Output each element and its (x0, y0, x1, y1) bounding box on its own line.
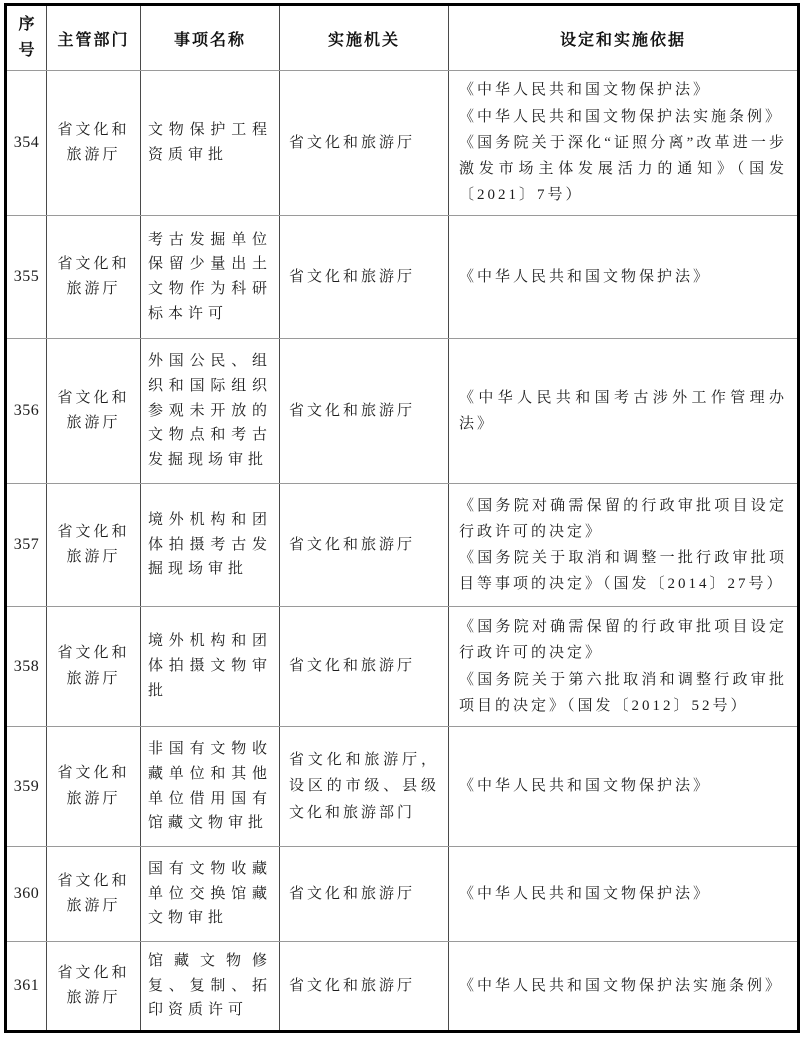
cell-department: 省文化和旅游厅 (47, 727, 141, 847)
cell-agency: 省文化和旅游厅 (280, 847, 449, 942)
column-header-basis: 设定和实施依据 (449, 5, 799, 71)
basis-paragraph: 《中华人民共和国考古涉外工作管理办法》 (459, 385, 787, 438)
table-row: 357 省文化和旅游厅 境外机构和团体拍摄考古发掘现场审批 省文化和旅游厅 《国… (6, 484, 799, 607)
basis-paragraph: 《中华人民共和国文物保护法实施条例》 (459, 973, 787, 999)
cell-basis: 《中华人民共和国文物保护法》 (449, 727, 799, 847)
cell-serial-number: 356 (6, 339, 47, 484)
cell-basis: 《中华人民共和国文物保护法》 (449, 216, 799, 339)
table-row: 359 省文化和旅游厅 非国有文物收藏单位和其他单位借用国有馆藏文物审批 省文化… (6, 727, 799, 847)
cell-agency: 省文化和旅游厅，设区的市级、县级文化和旅游部门 (280, 727, 449, 847)
cell-basis: 《中华人民共和国文物保护法》《中华人民共和国文物保护法实施条例》《国务院关于深化… (449, 71, 799, 216)
basis-paragraph: 《国务院对确需保留的行政审批项目设定行政许可的决定》 (459, 614, 787, 667)
column-header-department: 主管部门 (47, 5, 141, 71)
cell-department: 省文化和旅游厅 (47, 71, 141, 216)
basis-paragraph: 《中华人民共和国文物保护法》 (459, 77, 787, 103)
cell-agency: 省文化和旅游厅 (280, 339, 449, 484)
cell-basis: 《中华人民共和国文物保护法实施条例》 (449, 942, 799, 1032)
basis-paragraph: 《国务院关于深化“证照分离”改革进一步激发市场主体发展活力的通知》（国发〔202… (459, 130, 787, 209)
basis-paragraph: 《国务院对确需保留的行政审批项目设定行政许可的决定》 (459, 493, 787, 546)
cell-item-name: 外国公民、组织和国际组织参观未开放的文物点和考古发掘现场审批 (141, 339, 280, 484)
approval-items-table: 序号 主管部门 事项名称 实施机关 设定和实施依据 354 省文化和旅游厅 文物… (4, 3, 800, 1033)
header-row: 序号 主管部门 事项名称 实施机关 设定和实施依据 (6, 5, 799, 71)
cell-agency: 省文化和旅游厅 (280, 216, 449, 339)
basis-paragraph: 《中华人民共和国文物保护法实施条例》 (459, 104, 787, 130)
cell-department: 省文化和旅游厅 (47, 942, 141, 1032)
cell-serial-number: 358 (6, 607, 47, 727)
cell-item-name: 馆藏文物修复、复制、拓印资质许可 (141, 942, 280, 1032)
cell-basis: 《中华人民共和国考古涉外工作管理办法》 (449, 339, 799, 484)
cell-serial-number: 357 (6, 484, 47, 607)
table-row: 356 省文化和旅游厅 外国公民、组织和国际组织参观未开放的文物点和考古发掘现场… (6, 339, 799, 484)
cell-item-name: 文物保护工程资质审批 (141, 71, 280, 216)
cell-agency: 省文化和旅游厅 (280, 71, 449, 216)
column-header-serial-number: 序号 (6, 5, 47, 71)
cell-item-name: 考古发掘单位保留少量出土文物作为科研标本许可 (141, 216, 280, 339)
basis-paragraph: 《国务院关于第六批取消和调整行政审批项目的决定》（国发〔2012〕52号） (459, 667, 787, 720)
basis-paragraph: 《中华人民共和国文物保护法》 (459, 881, 787, 907)
cell-item-name: 境外机构和团体拍摄考古发掘现场审批 (141, 484, 280, 607)
cell-item-name: 境外机构和团体拍摄文物审批 (141, 607, 280, 727)
cell-item-name: 国有文物收藏单位交换馆藏文物审批 (141, 847, 280, 942)
cell-department: 省文化和旅游厅 (47, 847, 141, 942)
cell-basis: 《国务院对确需保留的行政审批项目设定行政许可的决定》《国务院关于第六批取消和调整… (449, 607, 799, 727)
cell-serial-number: 361 (6, 942, 47, 1032)
table-row: 360 省文化和旅游厅 国有文物收藏单位交换馆藏文物审批 省文化和旅游厅 《中华… (6, 847, 799, 942)
cell-department: 省文化和旅游厅 (47, 339, 141, 484)
basis-paragraph: 《中华人民共和国文物保护法》 (459, 264, 787, 290)
cell-agency: 省文化和旅游厅 (280, 607, 449, 727)
table-body: 354 省文化和旅游厅 文物保护工程资质审批 省文化和旅游厅 《中华人民共和国文… (6, 71, 799, 1032)
cell-agency: 省文化和旅游厅 (280, 942, 449, 1032)
document-page: 序号 主管部门 事项名称 实施机关 设定和实施依据 354 省文化和旅游厅 文物… (0, 0, 800, 1038)
cell-basis: 《国务院对确需保留的行政审批项目设定行政许可的决定》《国务院关于取消和调整一批行… (449, 484, 799, 607)
cell-department: 省文化和旅游厅 (47, 484, 141, 607)
cell-agency: 省文化和旅游厅 (280, 484, 449, 607)
cell-serial-number: 359 (6, 727, 47, 847)
table-header: 序号 主管部门 事项名称 实施机关 设定和实施依据 (6, 5, 799, 71)
cell-basis: 《中华人民共和国文物保护法》 (449, 847, 799, 942)
cell-item-name: 非国有文物收藏单位和其他单位借用国有馆藏文物审批 (141, 727, 280, 847)
basis-paragraph: 《国务院关于取消和调整一批行政审批项目等事项的决定》（国发〔2014〕27号） (459, 545, 787, 598)
table-row: 361 省文化和旅游厅 馆藏文物修复、复制、拓印资质许可 省文化和旅游厅 《中华… (6, 942, 799, 1032)
cell-serial-number: 354 (6, 71, 47, 216)
table-row: 358 省文化和旅游厅 境外机构和团体拍摄文物审批 省文化和旅游厅 《国务院对确… (6, 607, 799, 727)
cell-serial-number: 355 (6, 216, 47, 339)
cell-department: 省文化和旅游厅 (47, 216, 141, 339)
cell-department: 省文化和旅游厅 (47, 607, 141, 727)
column-header-item-name: 事项名称 (141, 5, 280, 71)
cell-serial-number: 360 (6, 847, 47, 942)
table-row: 355 省文化和旅游厅 考古发掘单位保留少量出土文物作为科研标本许可 省文化和旅… (6, 216, 799, 339)
basis-paragraph: 《中华人民共和国文物保护法》 (459, 773, 787, 799)
table-row: 354 省文化和旅游厅 文物保护工程资质审批 省文化和旅游厅 《中华人民共和国文… (6, 71, 799, 216)
column-header-agency: 实施机关 (280, 5, 449, 71)
column-header-serial-number-label: 序号 (17, 12, 35, 63)
